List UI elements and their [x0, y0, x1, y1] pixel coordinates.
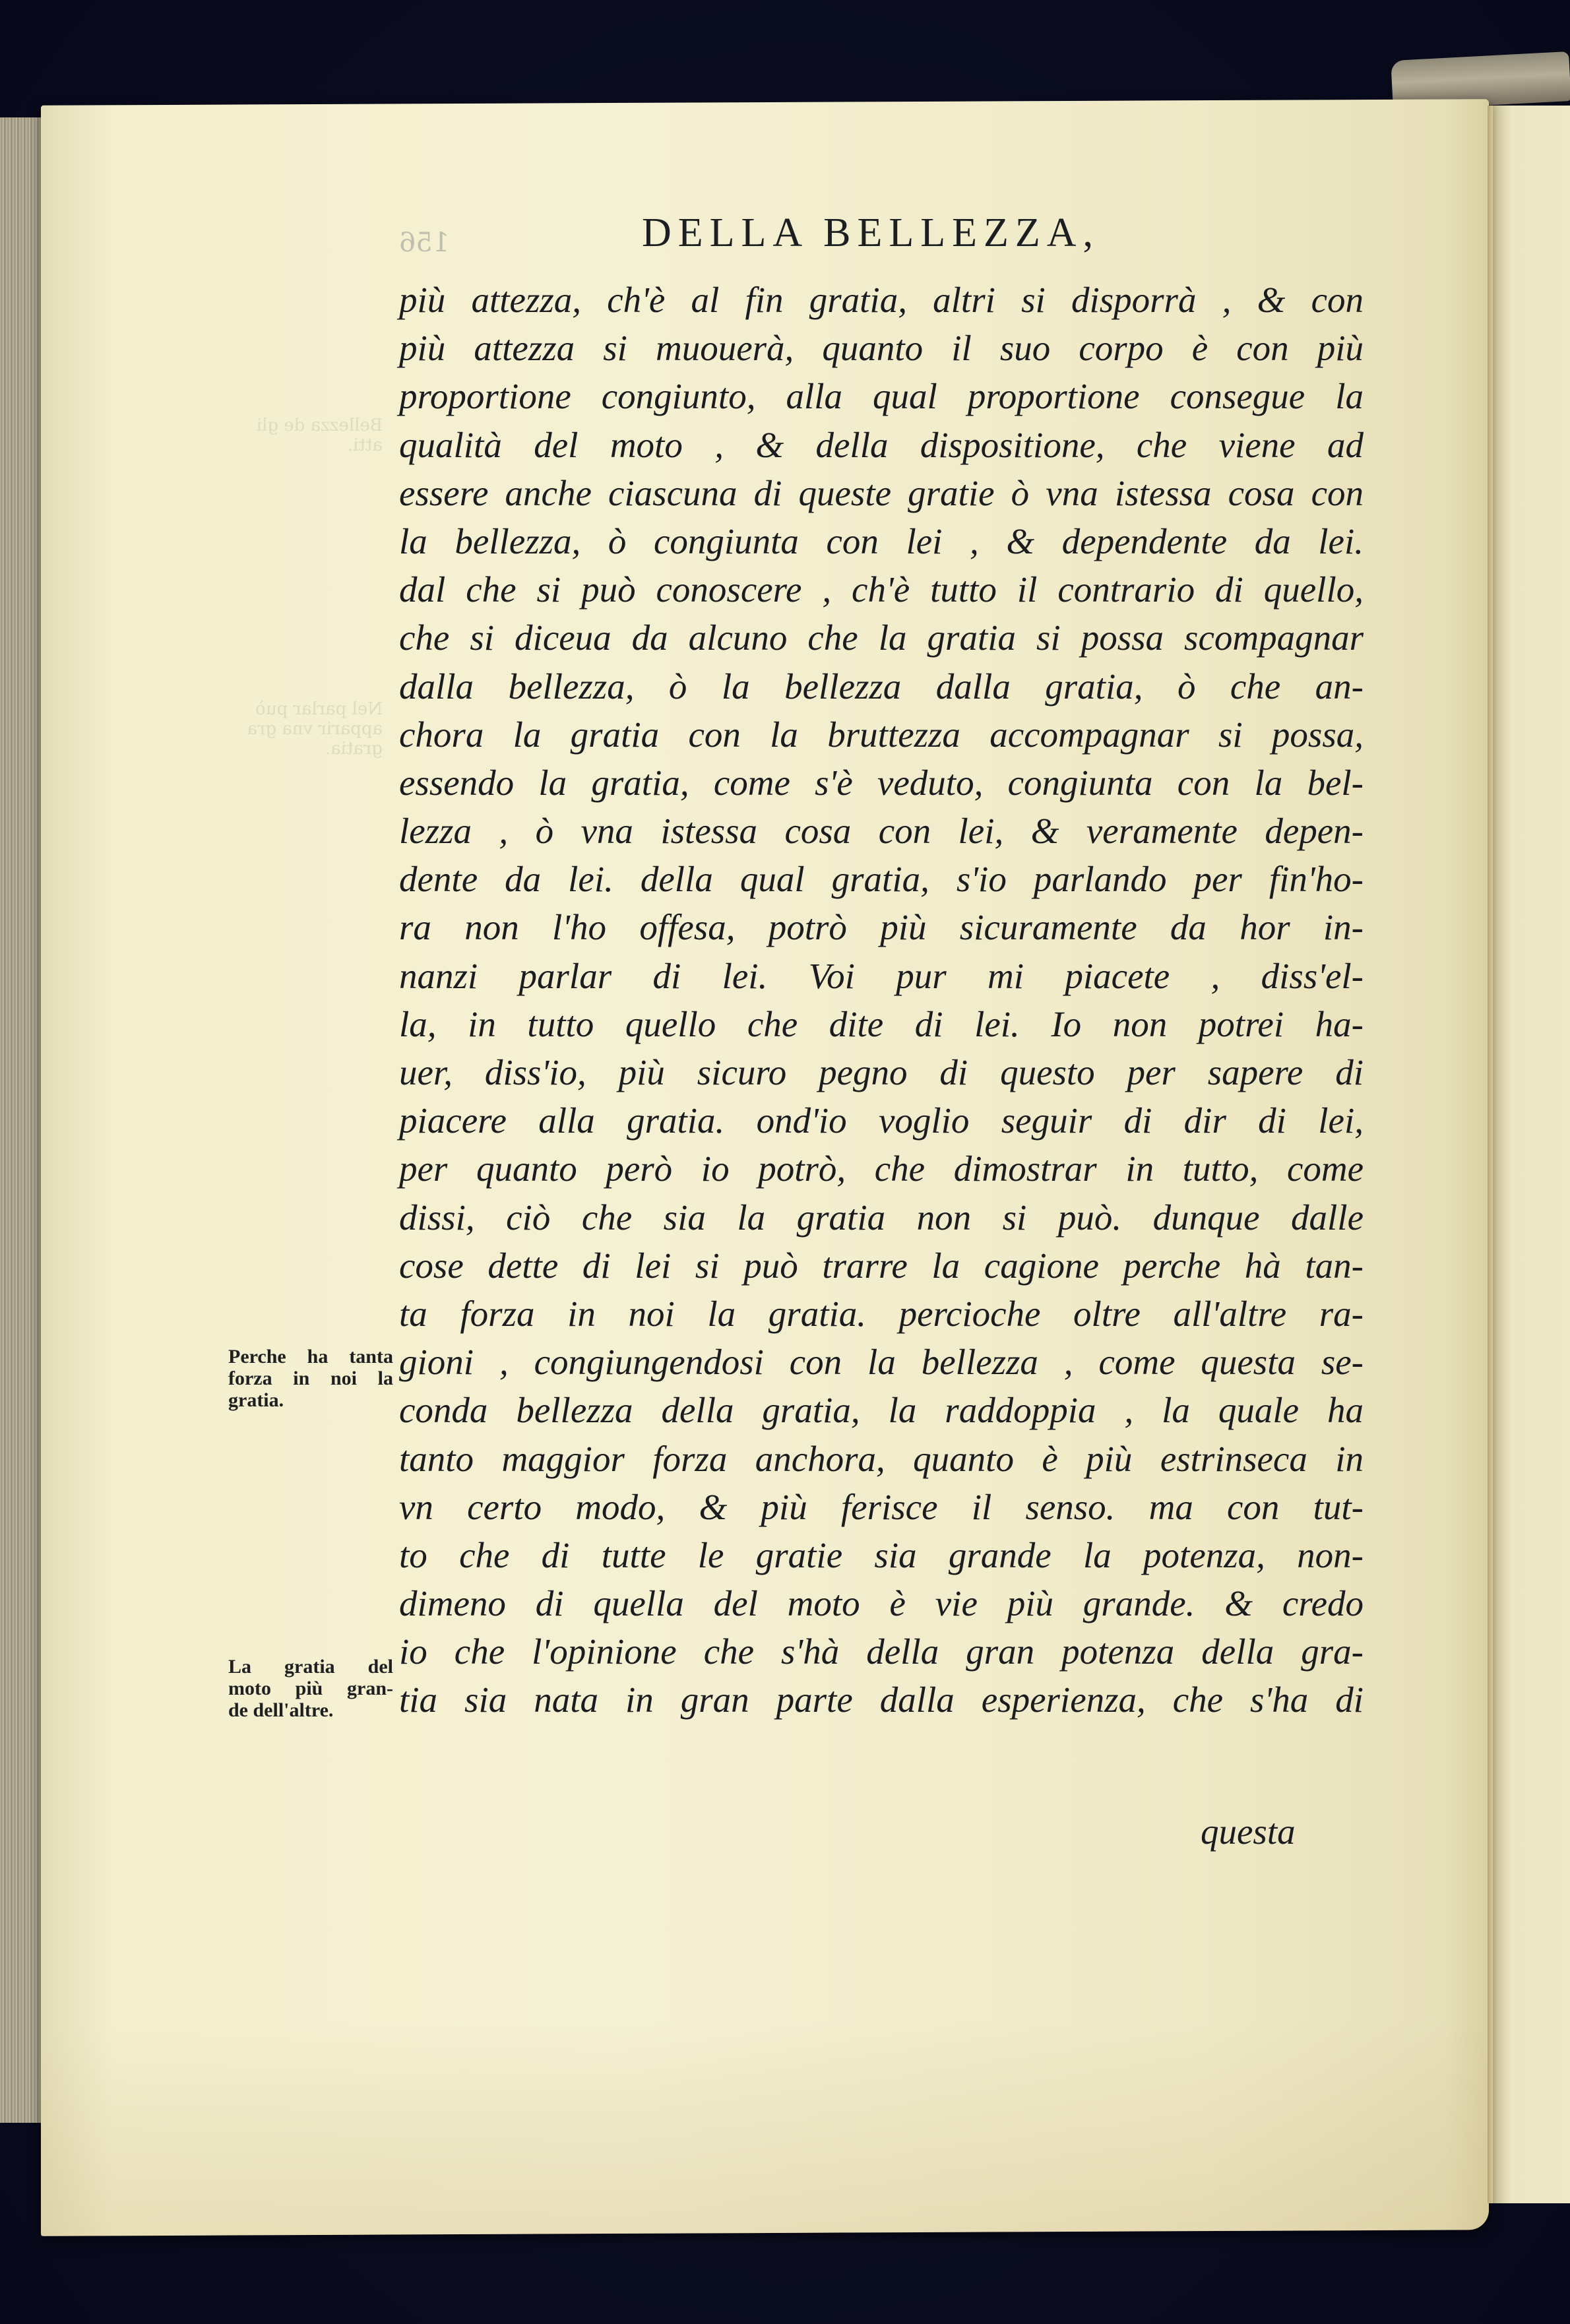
text-line: qualità del moto , & della dispositione,…	[399, 421, 1364, 469]
text-line: vn certo modo, & più ferisce il senso. m…	[399, 1483, 1364, 1531]
gutter	[1488, 106, 1493, 2203]
text-line: nanzi parlar di lei. Voi pur mi piacete …	[399, 952, 1364, 1000]
text-line: piacere alla gratia. ond'io voglio segui…	[399, 1096, 1364, 1145]
running-head: DELLA BELLEZZA,	[0, 210, 1570, 257]
text-line: più attezza, ch'è al fin gratia, altri s…	[399, 276, 1364, 324]
text-line: ra non l'ho offesa, potrò più sicurament…	[399, 903, 1364, 951]
text-line: proportione congiunto, alla qual proport…	[399, 372, 1364, 420]
margin-note: Perche ha tanta forza in noi la gratia.	[228, 1346, 393, 1411]
text-line: essere anche ciascuna di queste gratie ò…	[399, 469, 1364, 517]
text-line: che si diceua da alcuno che la gratia si…	[399, 613, 1364, 662]
text-line: cose dette di lei si può trarre la cagio…	[399, 1241, 1364, 1290]
text-line: to che di tutte le gratie sia grande la …	[399, 1531, 1364, 1579]
text-line: dente da lei. della qual gratia, s'io pa…	[399, 855, 1364, 903]
text-line: essendo la gratia, come s'è veduto, cong…	[399, 759, 1364, 807]
text-line: tia sia nata in gran parte dalla esperie…	[399, 1676, 1364, 1724]
text-line: ta forza in noi la gratia. percioche olt…	[399, 1290, 1364, 1338]
text-line: gioni , congiungendosi con la bellezza ,…	[399, 1338, 1364, 1386]
text-line: per quanto però io potrò, che dimostrar …	[399, 1145, 1364, 1193]
text-line: conda bellezza della gratia, la raddoppi…	[399, 1386, 1364, 1434]
text-line: lezza , ò vna istessa cosa con lei, & ve…	[399, 807, 1364, 855]
text-line: la, in tutto quello che dite di lei. Io …	[399, 1000, 1364, 1048]
body-text: più attezza, ch'è al fin gratia, altri s…	[399, 276, 1364, 1724]
text-line: uer, diss'io, più sicuro pegno di questo…	[399, 1048, 1364, 1096]
text-line: chora la gratia con la bruttezza accompa…	[399, 710, 1364, 759]
text-line: dalla bellezza, ò la bellezza dalla grat…	[399, 662, 1364, 710]
show-through-note: Bellezza de gli atti.	[224, 416, 383, 455]
margin-note: La gratia del moto più gran- de dell'alt…	[228, 1656, 393, 1721]
text-line: dimeno di quella del moto è vie più gran…	[399, 1579, 1364, 1627]
text-line: dissi, ciò che sia la gratia non si può.…	[399, 1193, 1364, 1241]
facing-page-edge	[1492, 106, 1570, 2203]
text-line: io che l'opinione che s'hà della gran po…	[399, 1627, 1364, 1676]
catchword: questa	[1201, 1811, 1296, 1852]
show-through-note: Nel parlar può apparir vna gra gratia.	[224, 699, 383, 759]
text-line: dal che si può conoscere , ch'è tutto il…	[399, 565, 1364, 613]
text-line: tanto maggior forza anchora, quanto è pi…	[399, 1435, 1364, 1483]
text-line: la bellezza, ò congiunta con lei , & dep…	[399, 517, 1364, 565]
text-line: più attezza si muouerà, quanto il suo co…	[399, 324, 1364, 372]
